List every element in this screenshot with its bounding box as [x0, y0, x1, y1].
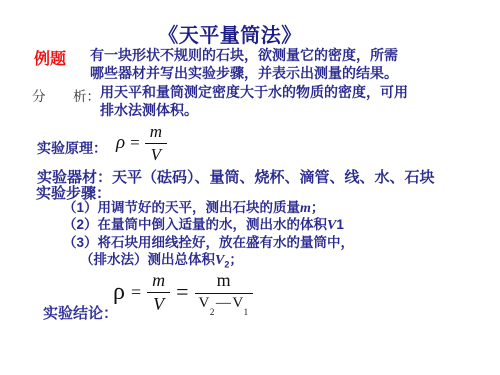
- fraction1-denominator: V: [153, 293, 164, 314]
- example-label: 例题: [34, 46, 66, 69]
- example-line1: 有一块形状不规则的石块，欲测量它的密度，所需: [90, 47, 398, 63]
- v2-symbol: V: [198, 295, 209, 311]
- analysis-line1: 用天平和量筒测定密度大于水的物质的密度，可用: [100, 84, 408, 100]
- step-3-continued-text: （排水法）测出总体积: [80, 252, 215, 267]
- step-1-text: （1）用调节好的天平，测出石块的质量: [63, 200, 300, 215]
- v1-subscript: 1: [244, 307, 249, 317]
- principle-label: 实验原理：: [37, 138, 107, 158]
- equals-sign-2: =: [176, 279, 188, 305]
- step-1: （1）用调节好的天平，测出石块的质量m；: [63, 199, 463, 216]
- page-title: 《天平量筒法》: [0, 19, 460, 48]
- step-2-variable: V: [327, 218, 336, 233]
- materials-items: 天平（砝码）、量筒、烧杯、滴管、线、水、石块: [112, 169, 435, 186]
- v2-subscript: 2: [210, 307, 215, 317]
- conclusion-formula: ρ = m V = m V2—V1: [113, 271, 253, 314]
- fraction-m-over-v: m V: [145, 123, 167, 164]
- principle-formula: ρ = m V: [116, 123, 167, 164]
- fraction-denominator: V: [151, 144, 161, 164]
- equals-sign-1: =: [131, 282, 141, 303]
- step-2-number: 1: [336, 217, 344, 232]
- step-3-line1: （3）将石块用细线拴好，放在盛有水的量筒中，: [63, 234, 463, 251]
- fraction1-numerator: m: [147, 271, 170, 293]
- minus-sign: —: [215, 295, 233, 311]
- step-2-text: （2）在量筒中倒入适量的水，测出水的体积: [63, 217, 327, 232]
- equals-sign: =: [130, 133, 140, 153]
- v1-symbol: V: [232, 295, 243, 311]
- step-2: （2）在量筒中倒入适量的水，测出水的体积V1: [63, 216, 463, 233]
- step-3-line2: （排水法）测出总体积V2；: [80, 251, 463, 268]
- step-3-variable: V: [215, 253, 224, 268]
- conclusion-label: 实验结论：: [43, 302, 118, 323]
- fraction2-denominator: V2—V1: [198, 294, 248, 313]
- fraction-numerator: m: [145, 123, 167, 144]
- step-1-variable: m: [300, 201, 311, 216]
- step-3-punct: ；: [229, 252, 243, 267]
- example-line2: 哪些器材并写出实验步骤，并表示出测量的结果。: [90, 65, 398, 81]
- analysis-line2: 排水法测体积。: [100, 102, 198, 118]
- analysis-label-second: 析：: [73, 85, 100, 105]
- steps-list: （1）用调节好的天平，测出石块的质量m； （2）在量筒中倒入适量的水，测出水的体…: [63, 199, 463, 269]
- fraction-m-over-v2-minus-v1: m V2—V1: [195, 271, 253, 313]
- step-3-text: （3）将石块用细线拴好，放在盛有水的量筒中，: [63, 235, 354, 250]
- step-1-punct: ；: [311, 200, 325, 215]
- analysis-text: 用天平和量筒测定密度大于水的物质的密度，可用 排水法测体积。: [100, 84, 460, 119]
- rho-symbol: ρ: [113, 279, 125, 306]
- fraction2-numerator: m: [195, 271, 253, 294]
- example-text: 有一块形状不规则的石块，欲测量它的密度，所需 哪些器材并写出实验步骤，并表示出测…: [90, 46, 420, 82]
- fraction-m-over-v: m V: [147, 271, 170, 314]
- analysis-label-first: 分: [32, 85, 46, 105]
- rho-symbol: ρ: [116, 132, 125, 154]
